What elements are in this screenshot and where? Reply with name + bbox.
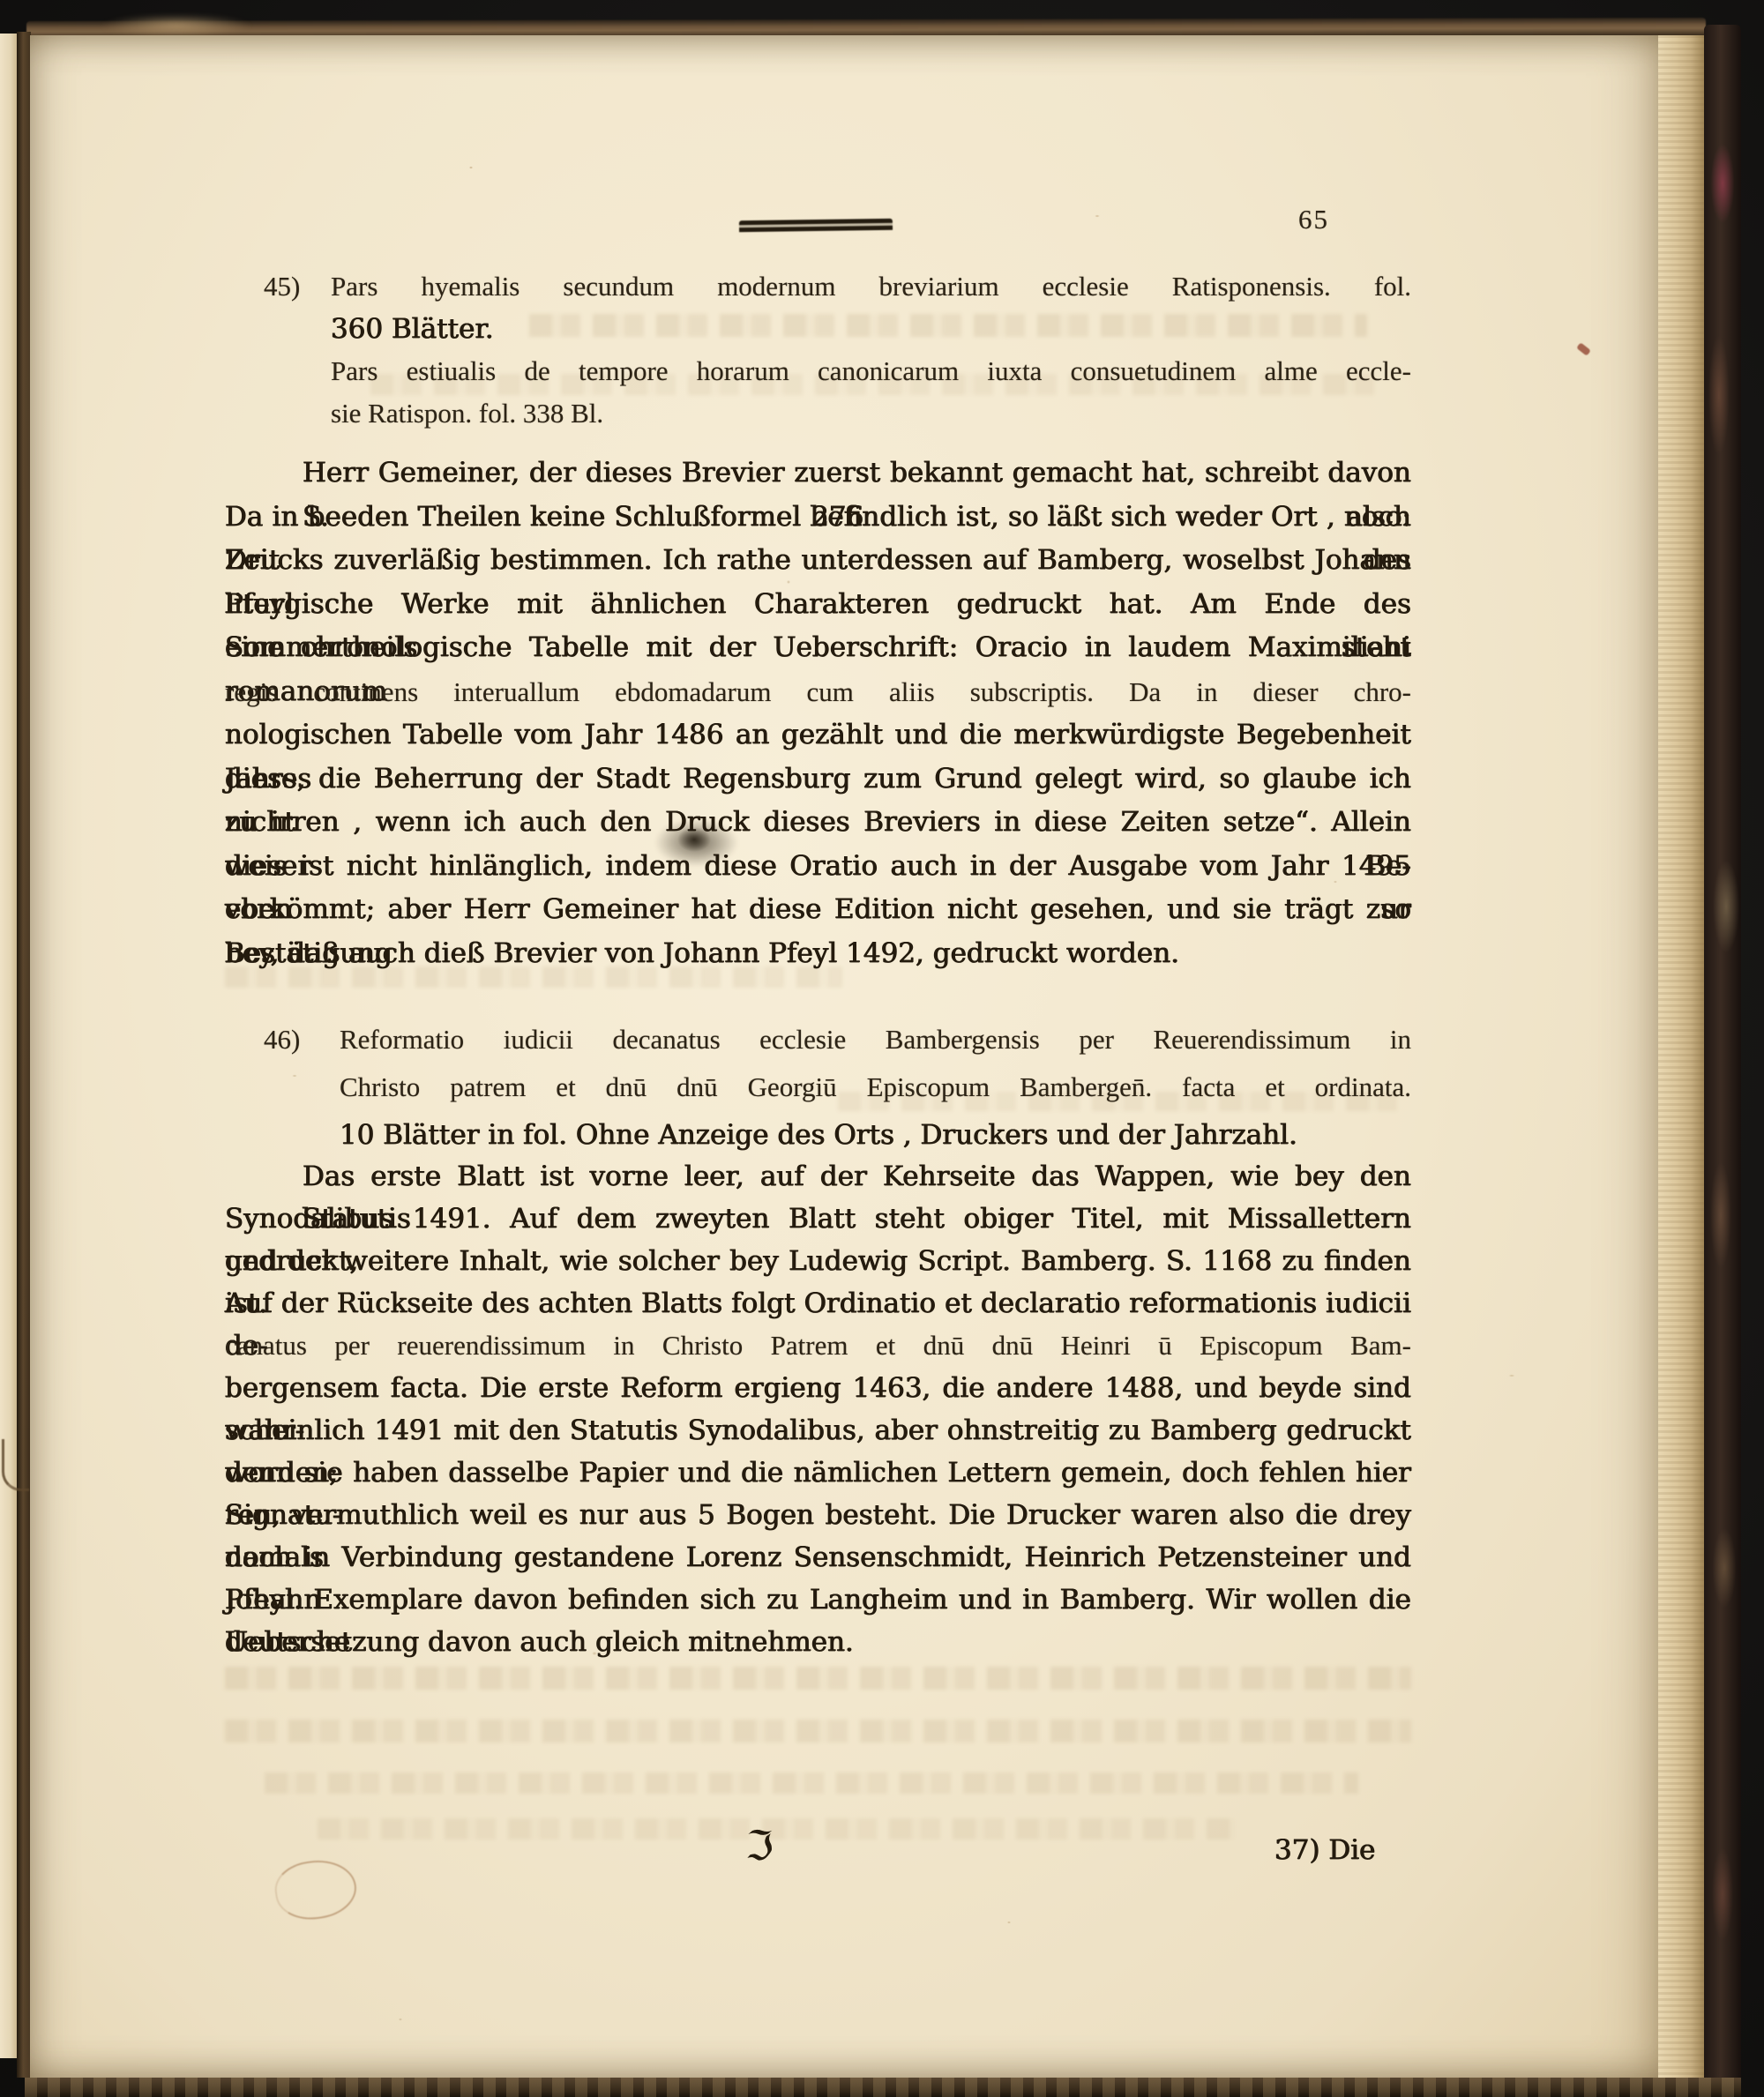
text-line: canatus per reuerendissimum in Christo P… — [225, 1325, 1411, 1367]
entry-line-text: Reformatio iudicii decanatus ecclesie Ba… — [340, 1024, 1411, 1055]
text-line: regis continens interuallum ebdomadarum … — [225, 670, 1411, 714]
text-line: bergensem facta. Die erste Reform ergien… — [225, 1367, 1411, 1409]
paragraph-46: Das erste Blatt ist vorne leer, auf der … — [225, 1155, 1411, 1663]
entry-line-text: Pars hyemalis secundum modernum breviari… — [331, 271, 1411, 302]
entry-number: 46) — [264, 1016, 300, 1063]
text-line: noch in Verbindung gestandene Lorenz Sen… — [225, 1536, 1411, 1578]
entry-45: 45)Pars hyemalis secundum modernum brevi… — [225, 265, 1411, 435]
text-line: Drucks zuverläßig bestimmen. Ich rathe u… — [225, 539, 1411, 583]
text-line: scheinlich 1491 mit den Statutis Synodal… — [225, 1409, 1411, 1451]
text-line: zu irren , wenn ich auch den Druck diese… — [225, 801, 1411, 845]
text-line: ren, vermuthlich weil es nur aus 5 Bogen… — [225, 1494, 1411, 1536]
printed-content: 65 45)Pars hyemalis secundum modernum br… — [0, 0, 1764, 2097]
text-line: Herr Gemeiner, der dieses Brevier zuerst… — [225, 451, 1411, 496]
quire-signature: ℑ — [745, 1822, 774, 1869]
entry-line: sie Ratispon. fol. 338 Bl. — [225, 392, 1411, 435]
entry-line: Pars estiualis de tempore horarum canoni… — [225, 350, 1411, 392]
printers-rule — [739, 219, 893, 235]
entry-line: 360 Blätter. — [225, 308, 1411, 350]
entry-line: 10 Blätter in fol. Ohne Anzeige des Orts… — [225, 1111, 1411, 1159]
entry-line: Christo patrem et dnū dnū Georgiū Episco… — [225, 1063, 1411, 1111]
text-line: Uebersetzung davon auch gleich mitnehmen… — [225, 1621, 1411, 1663]
text-line: weis ist nicht hinlänglich, indem diese … — [225, 845, 1411, 889]
margin-pencil-mark — [2, 1439, 29, 1491]
page-number: 65 — [1298, 204, 1329, 235]
book-scan-scene: 65 45)Pars hyemalis secundum modernum br… — [0, 0, 1764, 2097]
text-line: nologischen Tabelle vom Jahr 1486 an gez… — [225, 713, 1411, 757]
text-line: liturgische Werke mit ähnlichen Charakte… — [225, 583, 1411, 627]
ink-blot-core — [677, 827, 711, 852]
text-line: denn sie haben dasselbe Papier und die n… — [225, 1451, 1411, 1494]
text-line: Pfeyl. Exemplare davon befinden sich zu … — [225, 1578, 1411, 1621]
text-line: Auf der Rückseite des achten Blatts folg… — [225, 1282, 1411, 1325]
entry-number: 45) — [264, 265, 300, 308]
text-line: Das erste Blatt ist vorne leer, auf der … — [225, 1155, 1411, 1198]
paragraph-45: Herr Gemeiner, der dieses Brevier zuerst… — [225, 451, 1411, 975]
text-line: und der weitere Inhalt, wie solcher bey … — [225, 1240, 1411, 1282]
text-line: eine chronologische Tabelle mit der Uebe… — [225, 626, 1411, 670]
entry-line: 45)Pars hyemalis secundum modernum brevi… — [225, 265, 1411, 308]
entry-46: 46)Reformatio iudicii decanatus ecclesie… — [225, 1016, 1411, 1159]
text-line: vorkömmt; aber Herr Gemeiner hat diese E… — [225, 888, 1411, 932]
catchword: 37) Die — [1274, 1834, 1376, 1866]
paper-speck — [1576, 342, 1591, 356]
text-line: bey, daß auch dieß Brevier von Johann Pf… — [225, 932, 1411, 976]
text-line: Synodalibus 1491. Auf dem zweyten Blatt … — [225, 1198, 1411, 1240]
entry-line: 46)Reformatio iudicii decanatus ecclesie… — [225, 1016, 1411, 1063]
pencil-mark — [272, 1855, 360, 1924]
text-line: Da in beeden Theilen keine Schlußformel … — [225, 496, 1411, 540]
text-line: Jahrs, die Beherrung der Stadt Regensbur… — [225, 757, 1411, 802]
